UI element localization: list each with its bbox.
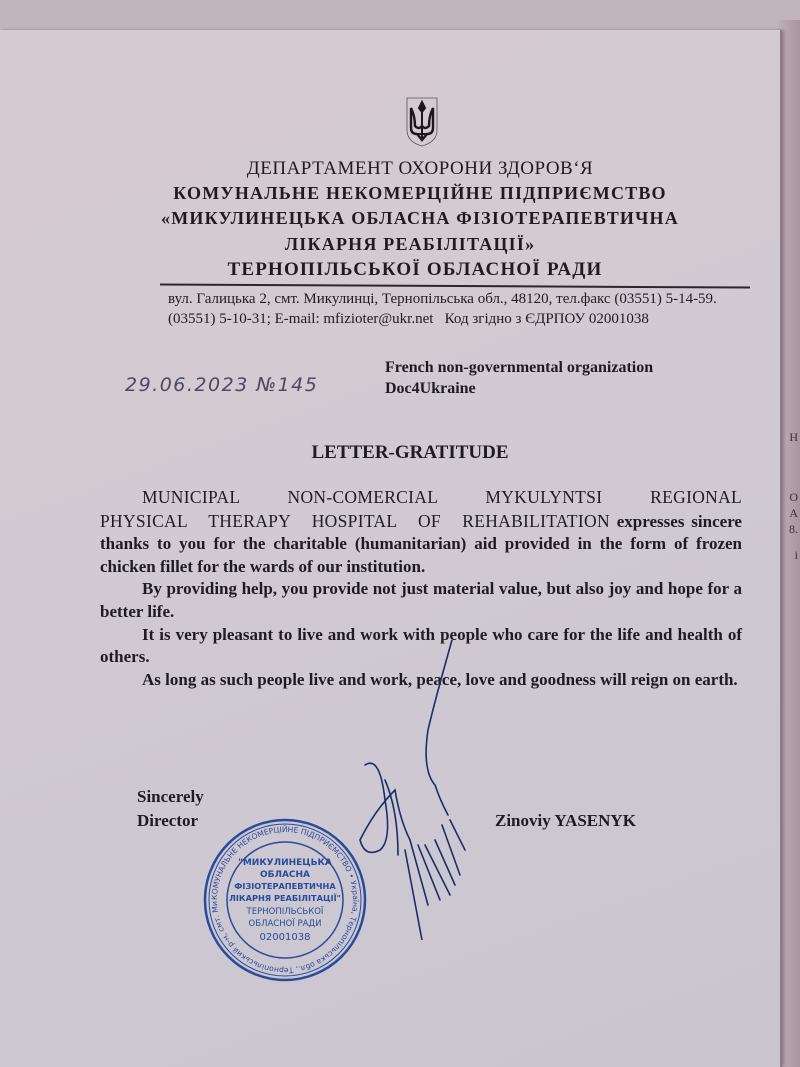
closing: Sincerely: [137, 787, 204, 807]
letter-title: LETTER-GRATITUDE: [0, 442, 800, 464]
signer-name: Zinoviy YASENYK: [495, 811, 636, 831]
stamp-text: ФІЗІОТЕРАПЕВТИЧНА: [234, 881, 336, 891]
recipient-name: Doc4Ukraine: [385, 380, 476, 398]
back-sheet-fragment: О: [789, 490, 798, 505]
back-sheet-fragment: і: [795, 548, 798, 563]
address-line: вул. Галицька 2, смт. Микулинці, Тернопі…: [168, 291, 717, 308]
organization-heading-line: «МИКУЛИНЕЦЬКА ОБЛАСНА ФІЗІОТЕРАПЕВТИЧНА: [0, 208, 800, 229]
paragraph: MUNICIPAL NON-COMERCIAL MYKULYNTSI REGIO…: [100, 486, 742, 578]
back-sheet-fragment: 8.: [789, 522, 798, 537]
department-heading: ДЕПАРТАМЕНТ ОХОРОНИ ЗДОРОВ‘Я: [0, 158, 800, 180]
stamp-text: "МИКУЛИНЕЦЬКА: [238, 858, 332, 868]
organization-heading-line: ТЕРНОПІЛЬСЬКОЇ ОБЛАСНОЇ РАДИ: [0, 259, 800, 281]
organization-heading-line: ЛІКАРНЯ РЕАБІЛІТАЦІЇ»: [0, 234, 800, 255]
handwritten-date-number: 29.06.2023 №145: [125, 374, 318, 396]
back-sheet-fragment: А: [789, 506, 798, 521]
stamp-text: ТЕРНОПІЛЬСЬКОЇ: [246, 906, 324, 917]
contact-line: (03551) 5-10-31; E-mail: mfizioter@ukr.n…: [168, 311, 649, 328]
paragraph: By providing help, you provide not just …: [100, 578, 742, 623]
stamp-text: ЛІКАРНЯ РЕАБІЛІТАЦІЇ": [229, 893, 341, 903]
recipient-line: French non-governmental organization: [385, 359, 653, 377]
handwritten-signature: [340, 640, 490, 940]
organization-heading-line: КОМУНАЛЬНЕ НЕКОМЕРЦІЙНЕ ПІДПРИЄМСТВО: [0, 183, 800, 204]
stamp-code: 02001038: [260, 932, 311, 943]
signer-position: Director: [137, 811, 198, 831]
stamp-text: ОБЛАСНА: [260, 870, 310, 880]
stamp-text: ОБЛАСНОЇ РАДИ: [249, 918, 322, 929]
trident-emblem-icon: [405, 96, 439, 148]
